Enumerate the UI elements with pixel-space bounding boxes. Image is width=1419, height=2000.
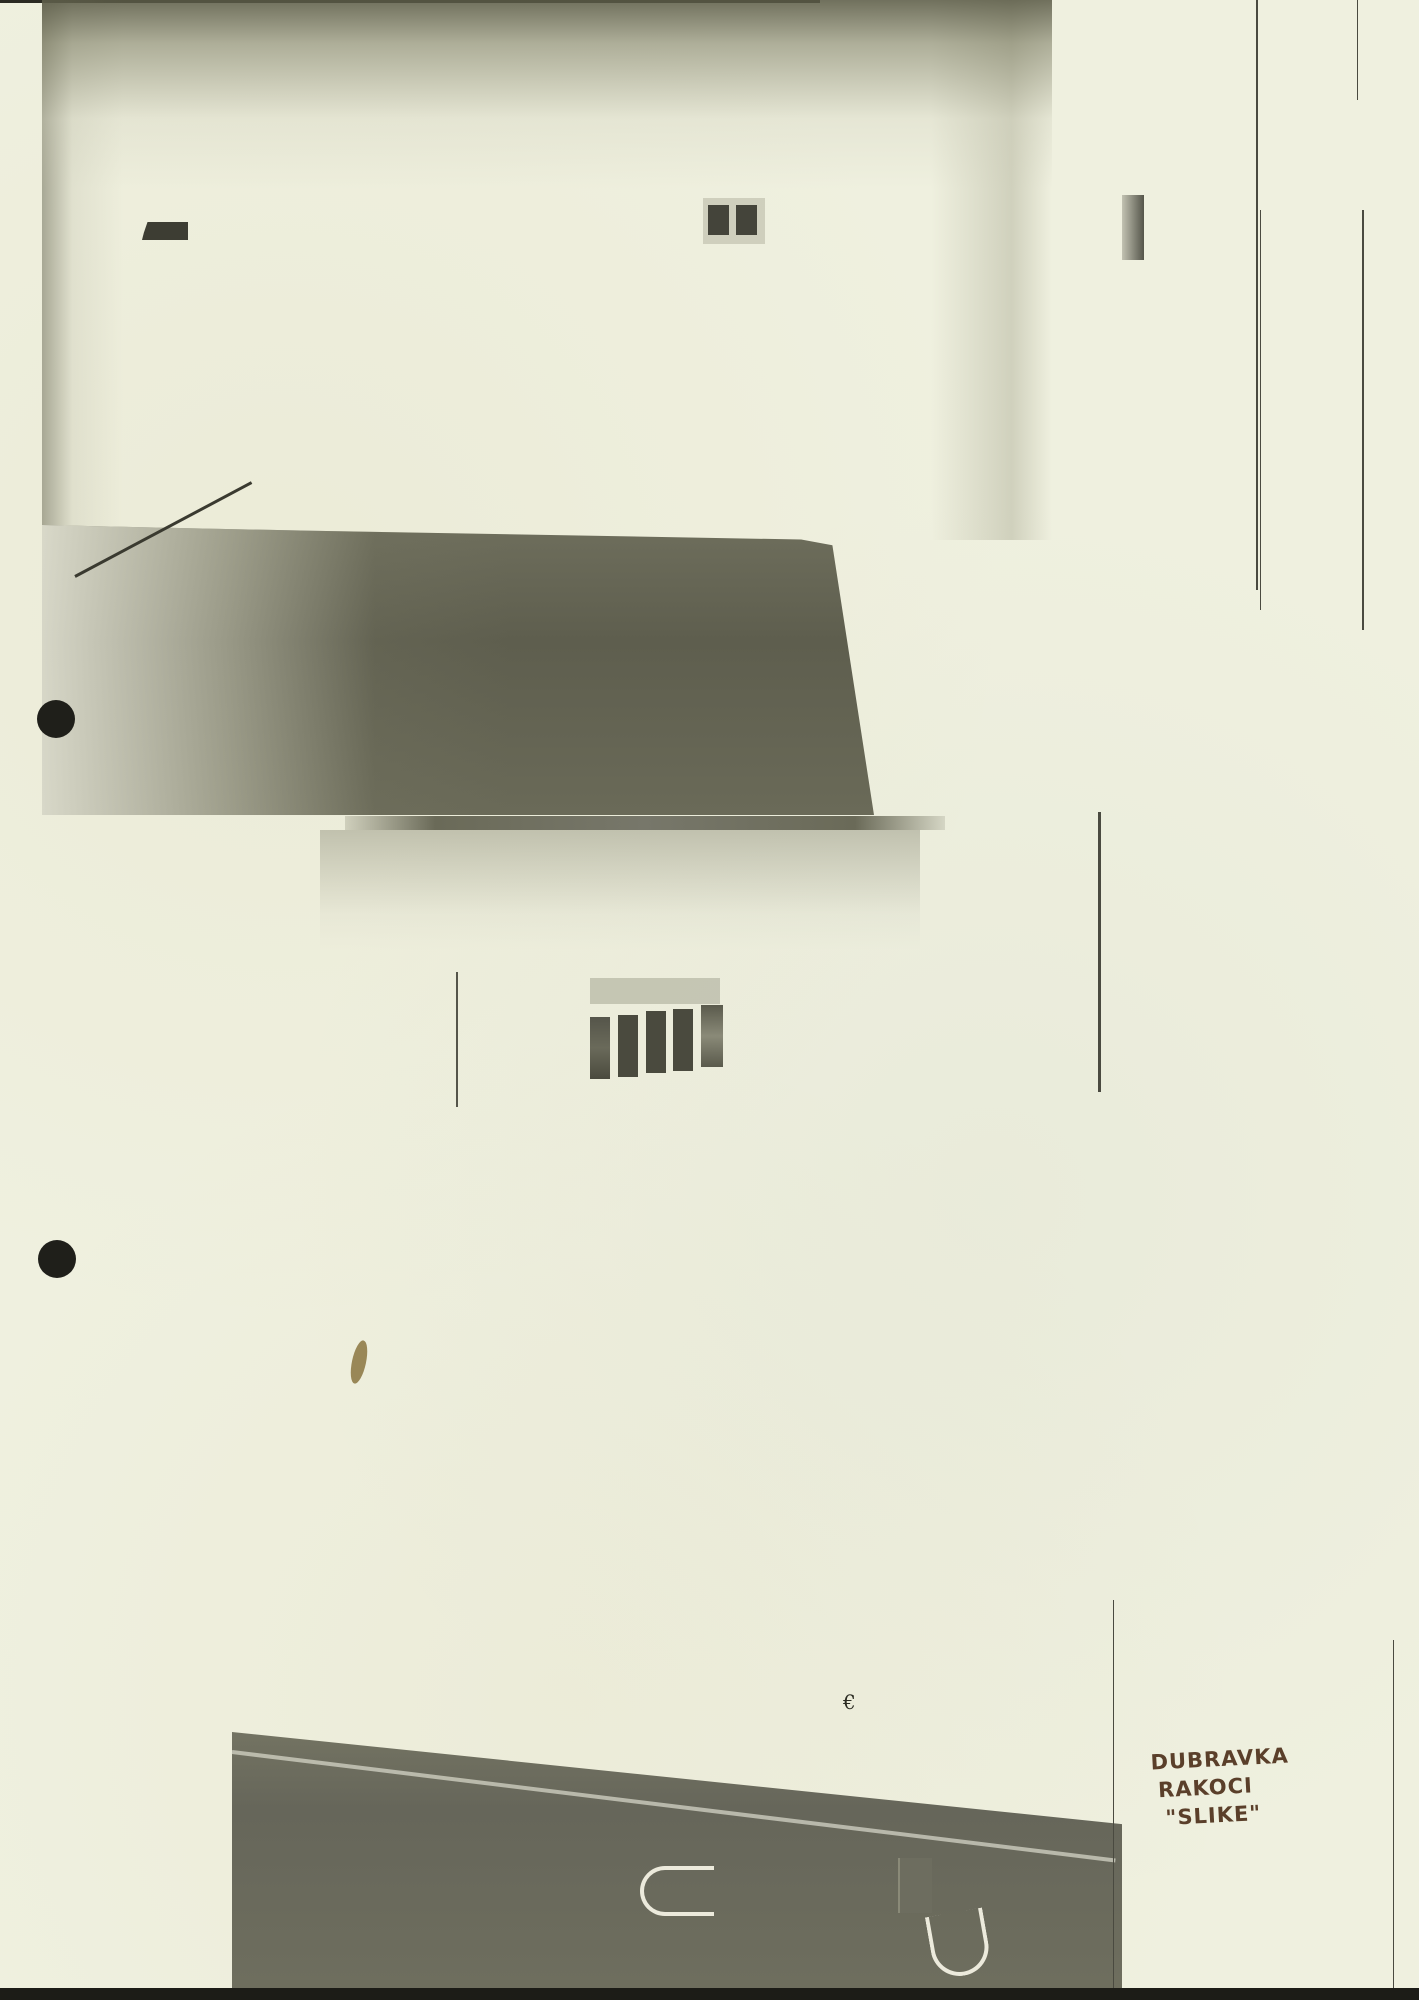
stray-mark: € bbox=[843, 1690, 856, 1714]
framed-work bbox=[590, 1017, 610, 1079]
photo-middle-wall-shading bbox=[320, 830, 920, 950]
framed-work bbox=[618, 1015, 638, 1077]
framed-work bbox=[736, 205, 757, 235]
photo-middle bbox=[200, 812, 1110, 1112]
margin-line bbox=[1260, 210, 1261, 610]
margin-line bbox=[1256, 0, 1258, 590]
margin-line bbox=[1357, 0, 1358, 100]
framed-work bbox=[701, 1005, 723, 1067]
photo-top-edge-smudge bbox=[1122, 195, 1144, 260]
punch-hole bbox=[38, 1240, 76, 1278]
photo-top-wall-object bbox=[142, 222, 188, 240]
photo-middle-ceiling-strip bbox=[345, 816, 945, 830]
margin-line bbox=[1362, 210, 1364, 630]
photo-top-wall bbox=[42, 0, 1052, 540]
photo-bottom-cable bbox=[640, 1866, 714, 1916]
handwritten-caption: DUBRAVKA RAKOCI "SLIKE" bbox=[1150, 1741, 1292, 1832]
photo-top-framed-works bbox=[703, 198, 765, 244]
punch-hole bbox=[37, 700, 75, 738]
photo-middle-wall-corner bbox=[1098, 812, 1101, 1092]
photo-middle-wall-edge bbox=[456, 972, 458, 1107]
framed-work bbox=[708, 205, 729, 235]
photo-top-floor bbox=[42, 525, 1082, 815]
margin-line bbox=[1393, 1640, 1394, 1990]
framed-work bbox=[646, 1011, 666, 1073]
framed-work bbox=[673, 1009, 693, 1071]
scan-edge-bottom bbox=[0, 1988, 1419, 2000]
photo-bottom-object bbox=[898, 1858, 932, 1913]
margin-line bbox=[1113, 1600, 1114, 1988]
photo-middle-framed-works bbox=[590, 997, 730, 1087]
photo-top bbox=[30, 0, 1030, 815]
